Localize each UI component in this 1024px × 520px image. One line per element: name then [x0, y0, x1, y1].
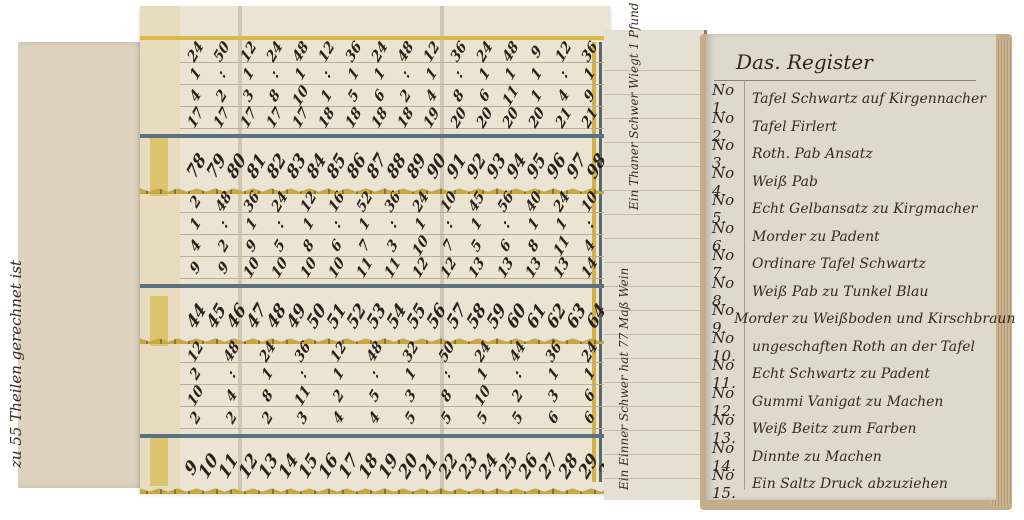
entry-text: Ein Saltz Druck abzuziehen — [752, 476, 948, 492]
table-cell: 3 — [292, 404, 314, 432]
register-entry: No 3.Roth. Pab Ansatz — [712, 141, 986, 167]
table-row: 1:1:1:1:1:1:11: — [186, 214, 600, 234]
table-row: 423810156248611149 — [186, 86, 600, 106]
register-entry: No 8.Weiß Pab zu Tunkel Blau — [712, 279, 986, 305]
table-cell: 10 — [269, 254, 291, 282]
title-rule — [714, 80, 976, 81]
row-rule — [180, 384, 610, 385]
table-cell: 5 — [400, 404, 422, 432]
register-entry: No 9.Morder zu Weißboden und Kirschbraun — [712, 306, 986, 332]
entry-text: Ordinare Tafel Schwartz — [752, 256, 926, 272]
table-cell: 17 — [237, 104, 259, 132]
ruled-line — [604, 190, 704, 191]
register-entry: No 1.Tafel Schwartz auf Kirgennacher — [712, 86, 986, 112]
row-rule — [180, 362, 610, 363]
ruled-line — [604, 70, 704, 71]
table-cell: 2 — [256, 404, 278, 432]
table-cell: 5 — [471, 404, 493, 432]
ruled-line — [604, 262, 704, 263]
table-cell: 17 — [290, 104, 312, 132]
register-entry: No 12.Gummi Vanigat zu Machen — [712, 389, 986, 415]
entry-number: No 15. — [712, 466, 752, 502]
table-cell: 6 — [579, 404, 601, 432]
ruled-line — [604, 214, 704, 215]
table-cell: 10 — [241, 254, 263, 282]
row-rule — [180, 62, 610, 63]
table-row: 9910101010111112121313131314 — [186, 258, 600, 278]
entry-text: Echt Schwartz zu Padent — [752, 366, 930, 382]
table-row: 24836241216523624104556402410 — [186, 192, 600, 212]
entry-text: Tafel Schwartz auf Kirgennacher — [752, 91, 986, 107]
blue-rule — [140, 434, 610, 438]
ruled-line — [604, 238, 704, 239]
register-entry: No 15.Ein Saltz Druck abzuziehen — [712, 471, 986, 497]
row-rule — [180, 106, 610, 107]
table-cell: 14 — [579, 254, 601, 282]
entry-text: Tafel Firlert — [752, 119, 837, 135]
table-row: 124824361248325024443624 — [186, 342, 600, 362]
row-rule — [180, 428, 610, 429]
table-header-column — [140, 6, 180, 492]
table-row: 17171717171818181819202020202121 — [186, 108, 600, 128]
number-row: 9101112131415161718192021222324252627282… — [186, 454, 600, 482]
register-title: Das. Register — [736, 50, 873, 74]
entry-text: Weiß Beitz zum Farben — [752, 421, 917, 437]
table-cell: 13 — [494, 254, 516, 282]
table-cell: 2 — [221, 404, 243, 432]
entry-text: Roth. Pab Ansatz — [752, 146, 873, 162]
register-entry: No 11.Echt Schwartz zu Padent — [712, 361, 986, 387]
table-row: 2:1:1:1:1:11 — [186, 364, 600, 384]
entry-text: Weiß Pab — [752, 174, 818, 190]
table-cell: 20 — [447, 104, 469, 132]
register-entry: No 13.Weiß Beitz zum Farben — [712, 416, 986, 442]
table-cell: 5 — [507, 404, 529, 432]
table-row: 104811253810236 — [186, 386, 600, 406]
table-cell: 10 — [297, 254, 319, 282]
strip-handwriting: Tarif am 4 U. Bin hundert Ducß Thaler na… — [0, 48, 28, 468]
register-entry: No 10.ungeschaften Roth an der Tafel — [712, 334, 986, 360]
table-cell: 18 — [395, 104, 417, 132]
entry-text: Morder zu Padent — [752, 229, 880, 245]
table-cell: 10 — [325, 254, 347, 282]
register-page: Das. Register No 1.Tafel Schwartz auf Ki… — [706, 34, 996, 500]
entry-text: ungeschaften Roth an der Tafel — [752, 339, 975, 355]
number-row: 7879808182838485868788899091929394959697… — [186, 154, 600, 182]
entry-text: Weiß Pab zu Tunkel Blau — [752, 284, 928, 300]
register-entry: No 7.Ordinare Tafel Schwartz — [712, 251, 986, 277]
foldout-conversion-table: 24501224481236244812362448912361:1:1:11:… — [140, 6, 610, 492]
row-rule — [180, 128, 610, 129]
register-entry: No 6.Morder zu Padent — [712, 224, 986, 250]
table-cell: 9 — [185, 254, 207, 282]
table-cell: 13 — [466, 254, 488, 282]
vertical-note: Ein Einner Schwer hat 77 Maß Wein — [616, 268, 632, 490]
table-cell: 12 — [410, 254, 432, 282]
table-cell: 9 — [213, 254, 235, 282]
row-rule — [180, 406, 610, 407]
table-cell: 20 — [474, 104, 496, 132]
table-cell: 13 — [522, 254, 544, 282]
table-cell: 2 — [185, 404, 207, 432]
entry-text: Morder zu Weißboden und Kirschbraun — [734, 311, 1015, 327]
table-cell: 21 — [552, 104, 574, 132]
blank-ruled-page: Ein Thaner Schwer Wiegt 1 Pfund Ein Einn… — [604, 30, 707, 500]
table-cell: 6 — [543, 404, 565, 432]
table-row: 222344555566 — [186, 408, 600, 428]
table-cell: 13 — [551, 254, 573, 282]
table-cell: 18 — [369, 104, 391, 132]
table-cell: 17 — [264, 104, 286, 132]
gold-rule — [140, 36, 610, 40]
table-cell: 20 — [526, 104, 548, 132]
table-cell: 17 — [185, 104, 207, 132]
table-row: 42958673107568114 — [186, 236, 600, 256]
ruled-line — [604, 94, 704, 95]
table-cell: 20 — [500, 104, 522, 132]
left-note-strip: Tarif am 4 U. Bin hundert Ducß Thaler na… — [18, 42, 146, 488]
number-row: 4445464748495051525354555657585960616263… — [186, 304, 600, 332]
yellow-marker — [150, 436, 168, 486]
table-row: 2450122448123624481236244891236 — [186, 42, 600, 62]
register-entry: No 4.Weiß Pab — [712, 169, 986, 195]
register-entry: No 2.Tafel Firlert — [712, 114, 986, 140]
table-cell: 18 — [342, 104, 364, 132]
ruled-line — [604, 166, 704, 167]
table-cell: 4 — [364, 404, 386, 432]
table-cell: 17 — [211, 104, 233, 132]
entry-text: Gummi Vanigat zu Machen — [752, 394, 943, 410]
blue-rule — [140, 134, 610, 138]
table-cell: 18 — [316, 104, 338, 132]
blue-rule — [140, 284, 610, 288]
ruled-line — [604, 142, 704, 143]
table-cell: 21 — [579, 104, 601, 132]
table-cell: 12 — [438, 254, 460, 282]
vertical-note: Ein Thaner Schwer Wiegt 1 Pfund — [626, 3, 642, 211]
register-entry: No 14.Dinnte zu Machen — [712, 444, 986, 470]
table-cell: 11 — [382, 254, 404, 282]
ruled-line — [604, 118, 704, 119]
strip-line: zu 55 Theilen gerechnet ist — [4, 48, 28, 468]
table-cell: 19 — [421, 104, 443, 132]
entry-text: Dinnte zu Machen — [752, 449, 882, 465]
table-cell: 5 — [435, 404, 457, 432]
register-entry: No 5.Echt Gelbansatz zu Kirgmacher — [712, 196, 986, 222]
wavy-gold-divider — [140, 486, 610, 494]
entry-text: Echt Gelbansatz zu Kirgmacher — [752, 201, 977, 217]
yellow-marker — [150, 136, 168, 196]
table-row: 1:1:1:11:1:111:1 — [186, 64, 600, 84]
table-cell: 11 — [354, 254, 376, 282]
row-rule — [180, 84, 610, 85]
table-cell: 4 — [328, 404, 350, 432]
